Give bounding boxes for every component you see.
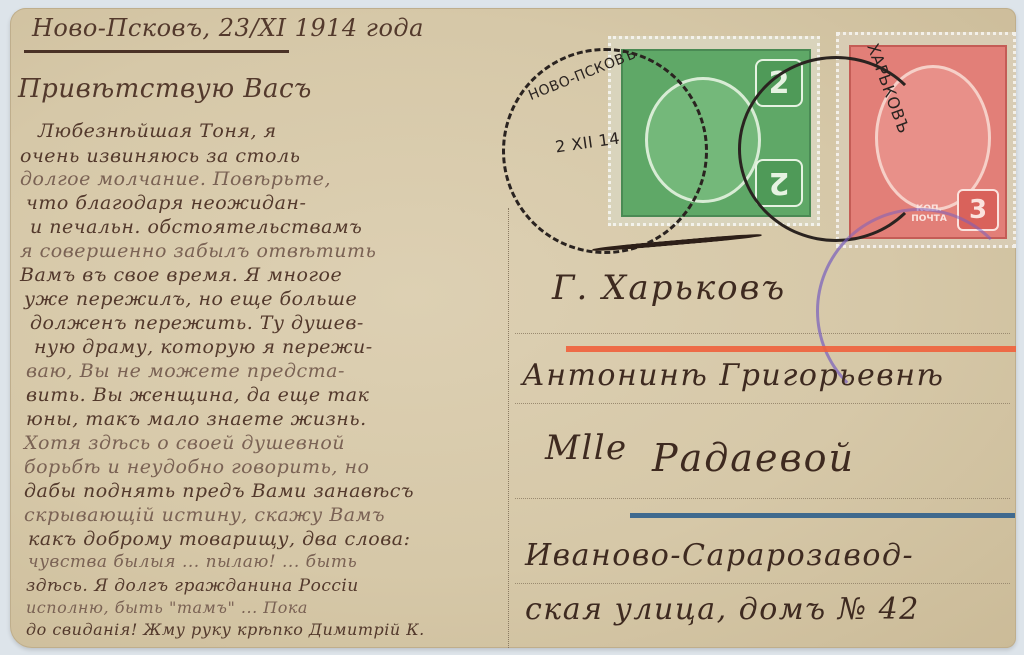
center-divider	[508, 208, 509, 648]
message-line: вить. Вы женщина, да еще так	[26, 384, 369, 406]
message-line: исполню, быть "тамъ" ... Пока	[26, 598, 308, 617]
address-rule	[515, 583, 1010, 584]
heading-underline	[24, 50, 289, 53]
address-recipient-name: Антонинѣ Григорьевнѣ	[522, 358, 944, 393]
address-city: Г. Харьковъ	[552, 268, 786, 308]
message-line: чувства былыя ... пылаю! ... быть	[28, 552, 357, 572]
address-rule	[515, 498, 1010, 499]
message-line: борьбѣ и неудобно говорить, но	[24, 456, 369, 478]
address-surname: Радаевой	[652, 436, 855, 480]
message-line: скрывающій истину, скажу Вамъ	[24, 504, 385, 526]
novo-pskov-postmark: 2 ХІІ 14 НОВО-ПСКОВЪ	[502, 48, 708, 254]
place-date-heading: Ново-Псковъ, 23/XI 1914 года	[32, 14, 424, 42]
message-line: ную драму, которую я пережи-	[34, 336, 373, 358]
message-line: дабы поднять предъ Вами занавѣсъ	[24, 480, 414, 502]
address-street-line2: ская улица, домъ № 42	[525, 592, 920, 627]
message-line: какъ доброму товарищу, два слова:	[28, 528, 411, 550]
message-line: долгое молчание. Повѣрьте,	[20, 168, 331, 190]
message-line: здѣсь. Я долгъ гражданина Россіи	[26, 576, 359, 596]
message-line: очень извиняюсь за столь	[20, 145, 300, 167]
blue-underline	[630, 513, 1015, 518]
greeting-line: Привѣтствую Васъ	[18, 74, 312, 104]
message-line: долженъ пережить. Ту душев-	[30, 312, 364, 334]
message-line: ваю, Вы не можете предста-	[26, 360, 345, 382]
message-line: что благодаря неожидан-	[26, 192, 306, 214]
message-line: юны, такъ мало знаете жизнь.	[26, 408, 367, 430]
message-line: Любезнѣйшая Тоня, я	[38, 120, 277, 142]
red-underline	[566, 346, 1016, 352]
message-line: я совершенно забылъ отвѣтить	[20, 240, 376, 262]
address-street-line1: Ивановo-Сарарозавод-	[525, 538, 914, 573]
address-title: Mlle	[545, 428, 628, 468]
message-line: Вамъ въ свое время. Я многое	[20, 264, 342, 286]
message-line: Хотя здѣсь о своей душевной	[24, 432, 345, 454]
message-line: уже пережилъ, но еще больше	[24, 288, 357, 310]
postmark-date: 2 ХІІ 14	[554, 129, 621, 157]
postmark-text: НОВО-ПСКОВЪ	[526, 46, 639, 104]
signature-line: до свиданія! Жму руку крѣпко Димитрій К.	[26, 620, 425, 639]
message-line: и печальн. обстоятельствамъ	[30, 216, 362, 238]
postcard: Ново-Псковъ, 23/XI 1914 года Привѣтствую…	[10, 8, 1016, 648]
